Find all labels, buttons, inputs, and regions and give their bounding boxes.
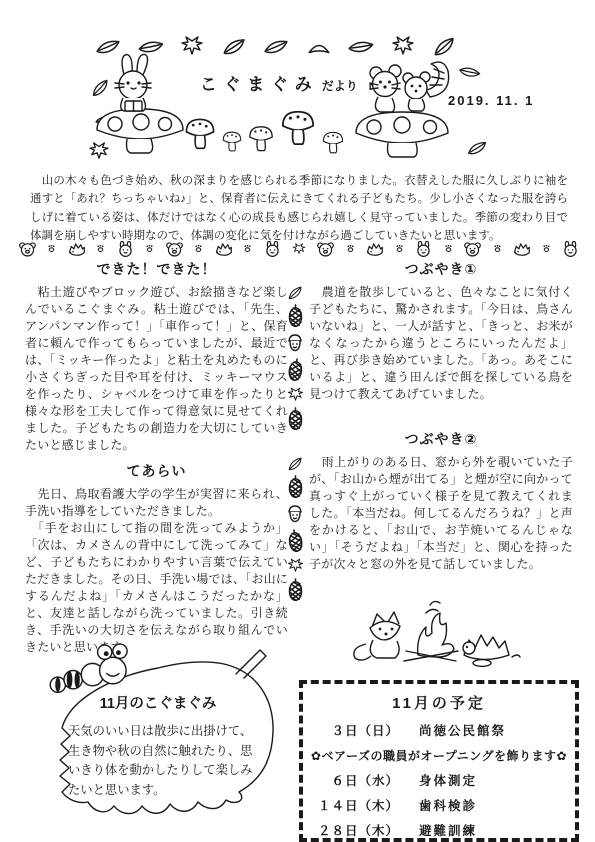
dekita-paragraph: 粘土遊びやブロック遊び、お絵描きなど楽しんでいるこぐまぐみ。粘土遊びでは、「先生… [25,284,288,454]
paw-icon [395,244,404,253]
maple-leaf-icon [287,387,304,402]
issue-date: 2019. 11. 1 [448,93,534,108]
schedule-box: 11月の予定 ３日（日） 尚徳公民館祭 ✿ベアーズの職員がオープニングを飾ります… [299,680,579,842]
paw-icon [346,244,355,253]
bear-face-icon [18,241,37,257]
schedule-date: ３日（日） [303,719,399,744]
hedgehog-face-icon [67,241,86,257]
mice-on-mushroom-illustration [342,57,464,159]
maple-leaf-icon [391,36,415,56]
schedule-row: １４日（木） 歯科検診 [303,794,575,819]
schedule-event: 避難訓練 [419,819,477,842]
hedgehog-face-icon [512,241,531,257]
paw-icon [47,244,56,253]
schedule-note: ✿ベアーズの職員がオープニングを飾ります✿ [303,744,575,769]
november-bubble: 11月のこぐまぐみ 天気のいい日は散歩に出掛けて、生き物や秋の自然に触れたり、思… [26,642,284,840]
left-column: できた！できた！ 粘土遊びやブロック遊び、お絵描きなど楽しんでいるこぐまぐみ。粘… [25,259,288,656]
leaf-icon [219,35,248,57]
paw-icon [194,244,203,253]
section-heading-tearai: てあらい [25,461,288,481]
autumn-icon-group [286,286,304,431]
rabbit-face-icon [414,241,433,257]
paw-icon [493,244,502,253]
schedule-date: ２８日（木） [303,819,399,842]
rabbit-face-icon [263,241,282,257]
tsubuyaki2-paragraph: 雨上がりのある日、窓から外を覗いていた子が、「お山から煙が出てる」と煙が空に向か… [309,454,573,573]
paw-icon [444,244,453,253]
autumn-icon-group [286,457,304,602]
pinecone-icon [288,304,303,328]
leaf-icon [346,34,376,58]
leaf-icon [284,283,305,301]
paw-icon [145,244,154,253]
section-heading-dekita: できた！できた！ [25,259,288,279]
hedgehog-face-icon [214,241,233,257]
leaf-icon [306,37,332,55]
schedule-event: 尚徳公民館祭 [419,719,506,744]
hedgehog-face-icon [365,241,384,257]
intro-paragraph: 山の木々も色づき始め、秋の深まりを感じられる季節になりました。衣替えした服に久し… [30,172,568,246]
november-body: 天気のいい日は散歩に出掛けて、生き物や秋の自然に触れたり、思いきり体を動かしたり… [68,722,264,800]
tsubuyaki1-paragraph: 農道を散歩していると、色々なことに気付く子どもたちに、驚かされます。「今日は、鳥… [309,284,573,403]
schedule-heading: 11月の予定 [303,692,575,713]
rabbit-on-mushroom-illustration [85,52,195,157]
november-heading: 11月のこぐまぐみ [78,692,238,713]
pinecone-icon [286,528,304,554]
autumn-icon-strip [284,286,306,616]
leaf-icon [263,37,289,55]
right-column: つぶやき① 農道を散歩していると、色々なことに気付く子どもたちに、驚かされます。… [309,259,573,573]
pinecone-icon [288,475,303,499]
bear-face-icon [316,241,335,257]
pinecone-icon [286,357,304,383]
schedule-date: ６日（水） [303,769,399,794]
bear-face-icon [165,241,184,257]
schedule-event: 身体測定 [419,769,477,794]
mushrooms-illustration [183,98,353,158]
schedule-event: 歯科検診 [419,794,477,819]
section-heading-tsubuyaki2: つぶやき② [309,429,573,449]
acorn-icon [287,333,303,353]
leaf-icon [429,33,459,58]
paw-icon [243,244,252,253]
rabbit-face-icon [116,241,135,257]
acorn-icon [287,504,303,524]
schedule-row: ３日（日） 尚徳公民館祭 [303,719,575,744]
newsletter-page: こ ぐ ま ぐ み だより №7 2019. 11. 1 山の木々も色づき始め、… [0,0,595,842]
paw-icon [96,244,105,253]
paw-icon [542,244,551,253]
maple-leaf-icon [292,243,306,255]
maple-leaf-icon [287,558,304,573]
schedule-date: １４日（木） [303,794,399,819]
pinecone-icon [288,578,303,602]
pinecone-icon [288,407,303,431]
tearai-paragraph-1: 先日、鳥取看護大学の学生が実習に来られ、手洗い指導をしていただきました。 [25,486,288,520]
section-heading-tsubuyaki1: つぶやき① [309,259,573,279]
title-main: こ ぐ ま ぐ み [200,70,313,95]
schedule-row: ２８日（木） 避難訓練 [303,819,575,842]
caterpillar-illustration [44,642,144,698]
schedule-row: ６日（水） 身体測定 [303,769,575,794]
tearai-paragraph-2: 「手をお山にして指の間を洗ってみようか」「次は、カメさんの背中にして洗ってみて」… [25,520,288,656]
rabbit-face-icon [561,241,580,257]
leaf-icon [284,454,305,472]
bear-face-icon [463,241,482,257]
leaf-icon [465,139,489,157]
animal-face-border [18,239,580,258]
animals-around-bonfire-illustration [342,595,524,669]
